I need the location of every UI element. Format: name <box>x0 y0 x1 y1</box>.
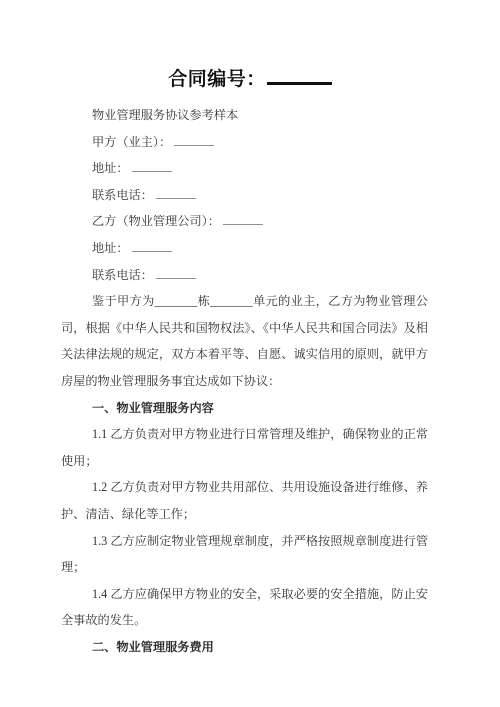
clause-paragraph: 1.3 乙方应制定物业管理规章制度，并严格按照规章制度进行管理； <box>61 528 428 581</box>
field-label: 地址： <box>92 241 129 255</box>
field-label: 联系电话： <box>92 188 153 202</box>
clause-paragraph: 1.1 乙方负责对甲方物业进行日常管理及维护，确保物业的正常使用； <box>61 421 428 474</box>
party-field-line: 甲方（业主）： <box>61 129 428 156</box>
party-field-line: 乙方（物业管理公司）： <box>61 208 428 235</box>
page-title: 合同编号： <box>0 0 500 94</box>
sections-container: 一、物业管理服务内容1.1 乙方负责对甲方物业进行日常管理及维护，确保物业的正常… <box>61 395 428 661</box>
party-field-line: 联系电话： <box>61 182 428 209</box>
contract-number-blank-line <box>267 63 332 85</box>
party-field-line: 地址： <box>61 235 428 262</box>
field-blank-line <box>223 213 263 226</box>
document-subtitle: 物业管理服务协议参考样本 <box>61 102 428 129</box>
field-blank-line <box>156 186 196 199</box>
field-blank-line <box>132 160 172 173</box>
field-label: 甲方（业主）： <box>92 135 171 149</box>
clause-paragraph: 1.4 乙方应确保甲方物业的安全，采取必要的安全措施，防止安全事故的发生。 <box>61 581 428 634</box>
party-info-list: 甲方（业主）：地址：联系电话：乙方（物业管理公司）：地址：联系电话： <box>61 129 428 289</box>
clause-paragraph: 1.2 乙方负责对甲方物业共用部位、共用设施设备进行维修、养护、清洁、绿化等工作… <box>61 474 428 527</box>
field-blank-line <box>156 266 196 279</box>
field-blank-line <box>132 239 172 252</box>
contract-document-page: 合同编号： 物业管理服务协议参考样本 甲方（业主）：地址：联系电话：乙方（物业管… <box>0 0 500 707</box>
section-heading: 二、物业管理服务费用 <box>61 634 428 661</box>
party-field-line: 联系电话： <box>61 262 428 289</box>
field-blank-line <box>174 133 214 146</box>
field-label: 乙方（物业管理公司）： <box>92 214 220 228</box>
section-heading: 一、物业管理服务内容 <box>61 395 428 422</box>
contract-number-label: 合同编号： <box>168 69 266 90</box>
field-label: 地址： <box>92 161 129 175</box>
document-body: 物业管理服务协议参考样本 甲方（业主）：地址：联系电话：乙方（物业管理公司）：地… <box>0 102 500 660</box>
preamble-paragraph: 鉴于甲方为_______栋_______单元的业主，乙方为物业管理公司，根据《中… <box>61 288 428 394</box>
field-label: 联系电话： <box>92 268 153 282</box>
party-field-line: 地址： <box>61 155 428 182</box>
